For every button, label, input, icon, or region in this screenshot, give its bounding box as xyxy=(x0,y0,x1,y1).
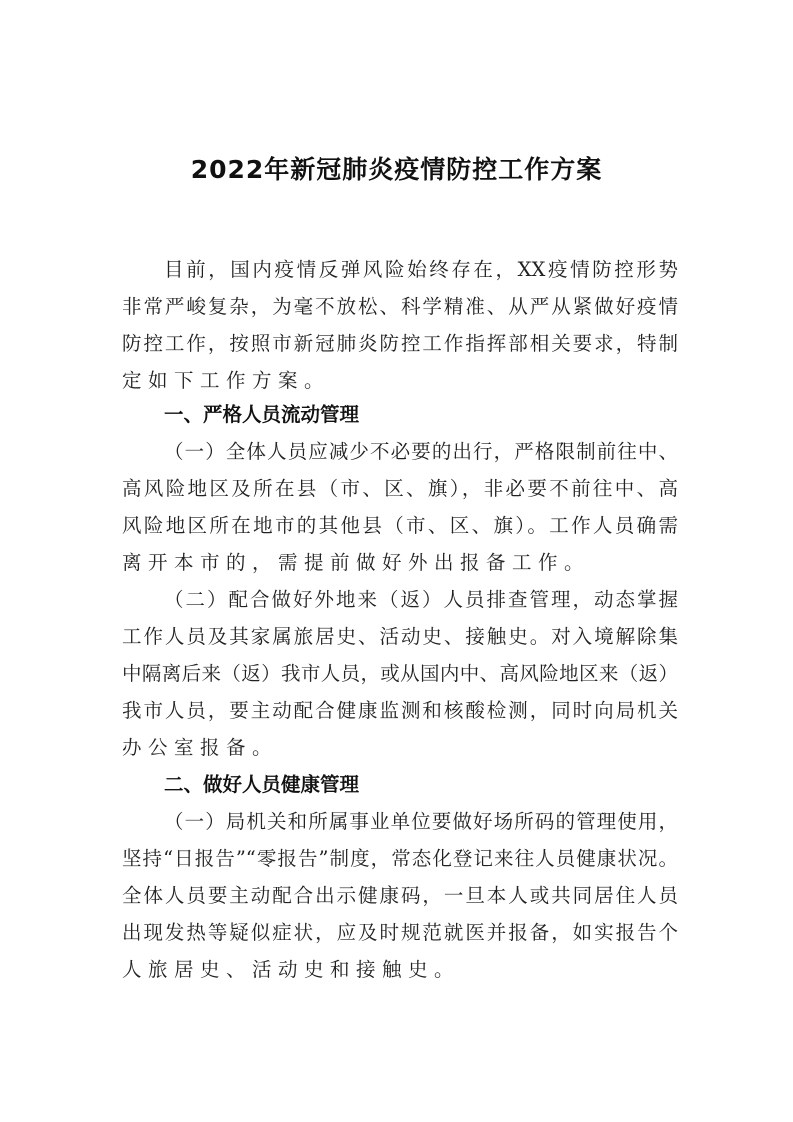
section-2-heading: 二、做好人员健康管理 xyxy=(164,770,359,800)
s1-p1-line-2: 高风险地区及所在县（市、区、旗），非必要不前往中、高 xyxy=(122,474,678,504)
section-1-heading: 一、严格人员流动管理 xyxy=(164,400,359,430)
s1-p1-line-4: 离开本市的，需提前做好外出报备工作。 xyxy=(122,548,678,578)
document-title: 2022年新冠肺炎疫情防控工作方案 xyxy=(0,150,793,186)
s1-p2-line-4: 我市人员，要主动配合健康监测和核酸检测，同时向局机关 xyxy=(122,696,678,726)
s2-p1-line-3: 全体人员要主动配合出示健康码，一旦本人或共同居住人员 xyxy=(122,881,678,911)
s1-p2-line-3: 中隔离后来（返）我市人员，或从国内中、高风险地区来（返） xyxy=(122,659,678,689)
intro-line-3: 防控工作，按照市新冠肺炎防控工作指挥部相关要求，特制 xyxy=(122,329,678,359)
s1-p2-line-5: 办公室报备。 xyxy=(122,733,678,763)
s1-p1-line-1: （一）全体人员应减少不必要的出行，严格限制前往中、 xyxy=(164,437,678,467)
s2-p1-line-5: 人旅居史、活动史和接触史。 xyxy=(122,955,678,985)
intro-line-1: 目前，国内疫情反弹风险始终存在，XX疫情防控形势 xyxy=(164,255,678,285)
s2-p1-line-4: 出现发热等疑似症状，应及时规范就医并报备，如实报告个 xyxy=(122,918,678,948)
s1-p1-line-3: 风险地区所在地市的其他县（市、区、旗）。工作人员确需 xyxy=(122,511,678,541)
s1-p2-line-2: 工作人员及其家属旅居史、活动史、接触史。对入境解除集 xyxy=(122,622,678,652)
document-page: 2022年新冠肺炎疫情防控工作方案 目前，国内疫情反弹风险始终存在，XX疫情防控… xyxy=(0,0,793,1122)
s2-p1-line-1: （一）局机关和所属事业单位要做好场所码的管理使用， xyxy=(164,807,678,837)
intro-line-2: 非常严峻复杂，为毫不放松、科学精准、从严从紧做好疫情 xyxy=(122,292,678,322)
intro-line-4: 定如下工作方案。 xyxy=(122,366,678,396)
s2-p1-line-2: 坚持“日报告”“零报告”制度，常态化登记来往人员健康状况。 xyxy=(122,844,678,874)
s1-p2-line-1: （二）配合做好外地来（返）人员排查管理，动态掌握 xyxy=(164,585,678,615)
